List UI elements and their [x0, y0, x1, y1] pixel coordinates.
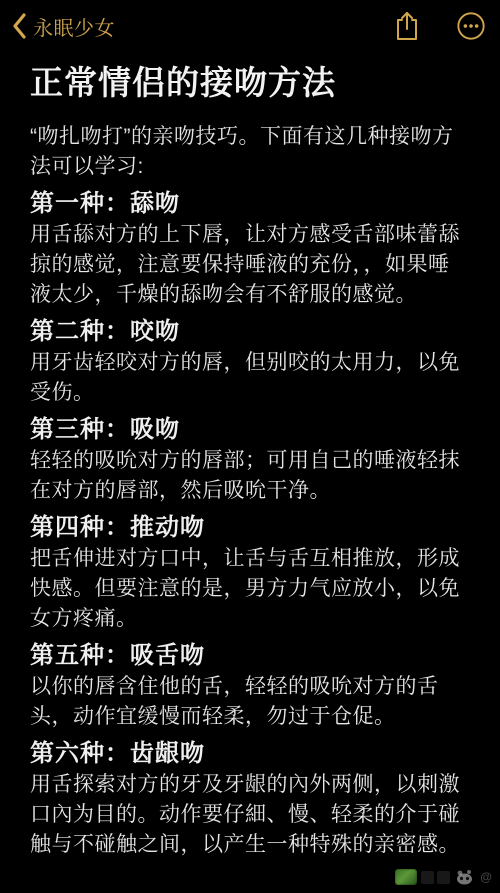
note-title: 正常情侣的接吻方法: [30, 62, 470, 104]
section-body-4: 把舌伸进对方口中，让舌与舌互相推放，形成快感。但要注意的是，男方力气应放小，以免…: [30, 544, 470, 634]
watermark-gem-icon: [395, 869, 417, 885]
section-body-2: 用牙齿轻咬对方的唇，但别咬的太用力，以免受伤。: [30, 348, 470, 408]
section-heading-5: 第五种：吸舌吻: [30, 640, 470, 672]
nav-bar: 永眠少女: [0, 0, 500, 52]
section-body-5: 以你的唇含住他的舌，轻轻的吸吮对方的舌头，动作宜缓慢而轻柔，勿过于仓促。: [30, 672, 470, 732]
section-heading-1: 第一种：舔吻: [30, 188, 470, 220]
watermark-faint-text: [421, 871, 450, 884]
note-content: 正常情侣的接吻方法 “吻扎吻打”的亲吻技巧。下面有这几种接吻方法可以学习: 第一…: [0, 62, 500, 860]
chevron-left-icon: [12, 13, 26, 39]
share-icon: [394, 10, 420, 42]
section-body-1: 用舌舔对方的上下唇，让对方感受舌部味蕾舔掠的感觉，注意要保持唾液的充份，，如果唾…: [30, 220, 470, 310]
ellipsis-circle-icon: [456, 10, 486, 42]
note-intro: “吻扎吻打”的亲吻技巧。下面有这几种接吻方法可以学习:: [30, 122, 470, 182]
watermark-panda-icon: [454, 869, 476, 885]
share-button[interactable]: [392, 10, 422, 42]
back-button[interactable]: 永眠少女: [12, 12, 115, 41]
section-heading-3: 第三种：吸吻: [30, 414, 470, 446]
watermark-at-symbol: @: [480, 870, 492, 884]
section-heading-2: 第二种：咬吻: [30, 316, 470, 348]
section-heading-4: 第四种：推动吻: [30, 512, 470, 544]
nav-icons: [392, 10, 486, 42]
watermark: @: [395, 869, 492, 885]
section-body-3: 轻轻的吸吮对方的唇部；可用自己的唾液轻抹在对方的唇部，然后吸吮干净。: [30, 446, 470, 506]
more-button[interactable]: [456, 10, 486, 42]
section-heading-6: 第六种：齿龈吻: [30, 738, 470, 770]
section-body-6: 用舌探索对方的牙及牙龈的內外两侧，以刺激口內为目的。动作要仔細、慢、轻柔的介于碰…: [30, 770, 470, 860]
back-button-label: 永眠少女: [33, 12, 115, 41]
